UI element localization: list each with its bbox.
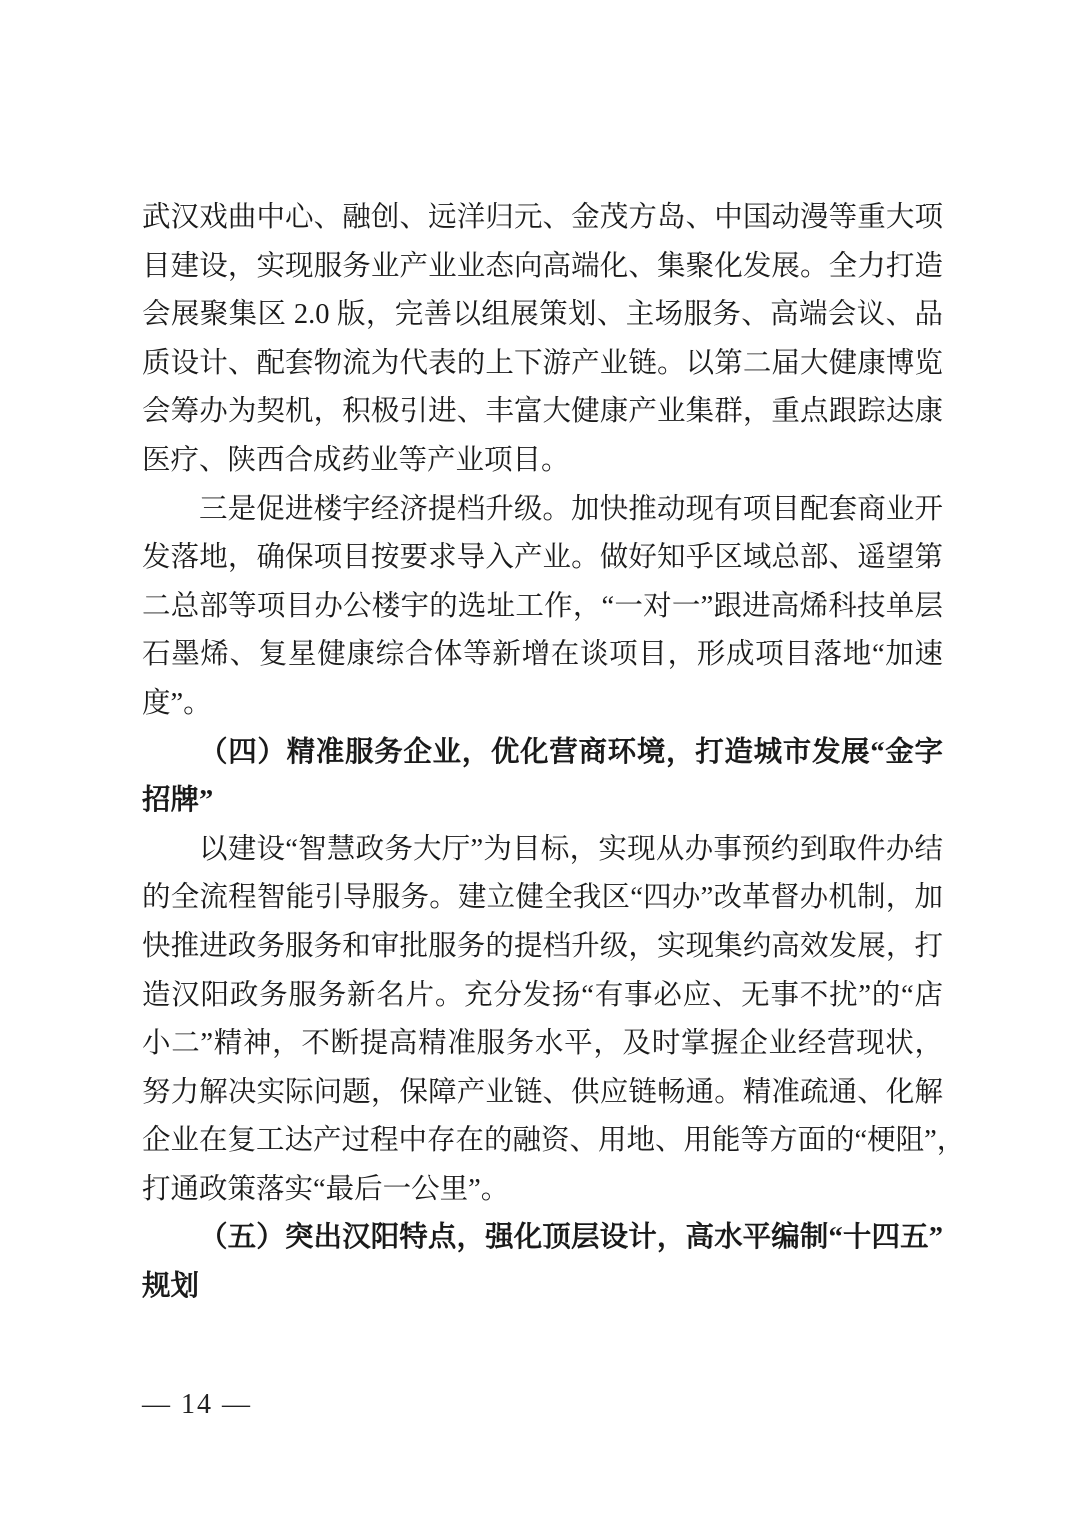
text-line: 度”。 — [142, 680, 943, 729]
text-line: 三是促进楼宇经济提档升级。加快推动现有项目配套商业开 — [142, 486, 943, 535]
document-page: 武汉戏曲中心、融创、远洋归元、金茂方岛、中国动漫等重大项目建设，实现服务业产业业… — [0, 0, 1074, 1520]
text-line: 造汉阳政务服务新名片。充分发扬“有事必应、无事不扰”的“店 — [142, 972, 943, 1021]
paragraph: 武汉戏曲中心、融创、远洋归元、金茂方岛、中国动漫等重大项目建设，实现服务业产业业… — [142, 194, 943, 486]
paragraph: 三是促进楼宇经济提档升级。加快推动现有项目配套商业开发落地，确保项目按要求导入产… — [142, 486, 943, 729]
text-line: 石墨烯、复星健康综合体等新增在谈项目，形成项目落地“加速 — [142, 631, 943, 680]
section-heading: （五）突出汉阳特点，强化顶层设计，高水平编制“十四五”规划 — [142, 1214, 943, 1311]
text-line: 以建设“智慧政务大厅”为目标，实现从办事预约到取件办结 — [142, 826, 943, 875]
text-line: 会筹办为契机，积极引进、丰富大健康产业集群，重点跟踪达康 — [142, 388, 943, 437]
text-line: 招牌” — [142, 777, 943, 826]
text-line: 会展聚集区 2.0 版，完善以组展策划、主场服务、高端会议、品 — [142, 291, 943, 340]
text-line: 质设计、配套物流为代表的上下游产业链。以第二届大健康博览 — [142, 340, 943, 389]
paragraph: 以建设“智慧政务大厅”为目标，实现从办事预约到取件办结的全流程智能引导服务。建立… — [142, 826, 943, 1215]
text-line: 规划 — [142, 1263, 943, 1312]
section-heading: （四）精准服务企业，优化营商环境，打造城市发展“金字招牌” — [142, 729, 943, 826]
text-line: （四）精准服务企业，优化营商环境，打造城市发展“金字 — [142, 729, 943, 778]
text-line: 的全流程智能引导服务。建立健全我区“四办”改革督办机制，加 — [142, 874, 943, 923]
text-line: 武汉戏曲中心、融创、远洋归元、金茂方岛、中国动漫等重大项 — [142, 194, 943, 243]
text-line: （五）突出汉阳特点，强化顶层设计，高水平编制“十四五” — [142, 1214, 943, 1263]
text-line: 二总部等项目办公楼宇的选址工作，“一对一”跟进高烯科技单层 — [142, 583, 943, 632]
text-line: 目建设，实现服务业产业业态向高端化、集聚化发展。全力打造 — [142, 243, 943, 292]
text-line: 打通政策落实“最后一公里”。 — [142, 1166, 943, 1215]
text-line: 小二”精神，不断提高精准服务水平，及时掌握企业经营现状， — [142, 1020, 943, 1069]
document-body: 武汉戏曲中心、融创、远洋归元、金茂方岛、中国动漫等重大项目建设，实现服务业产业业… — [142, 194, 943, 1312]
text-line: 快推进政务服务和审批服务的提档升级，实现集约高效发展，打 — [142, 923, 943, 972]
text-line: 医疗、陕西合成药业等产业项目。 — [142, 437, 943, 486]
text-line: 努力解决实际问题，保障产业链、供应链畅通。精准疏通、化解 — [142, 1069, 943, 1118]
text-line: 发落地，确保项目按要求导入产业。做好知乎区域总部、遥望第 — [142, 534, 943, 583]
page-number: — 14 — — [142, 1389, 252, 1420]
text-line: 企业在复工达产过程中存在的融资、用地、用能等方面的“梗阻”， — [142, 1117, 943, 1166]
page-footer: — 14 — — [142, 1381, 252, 1429]
